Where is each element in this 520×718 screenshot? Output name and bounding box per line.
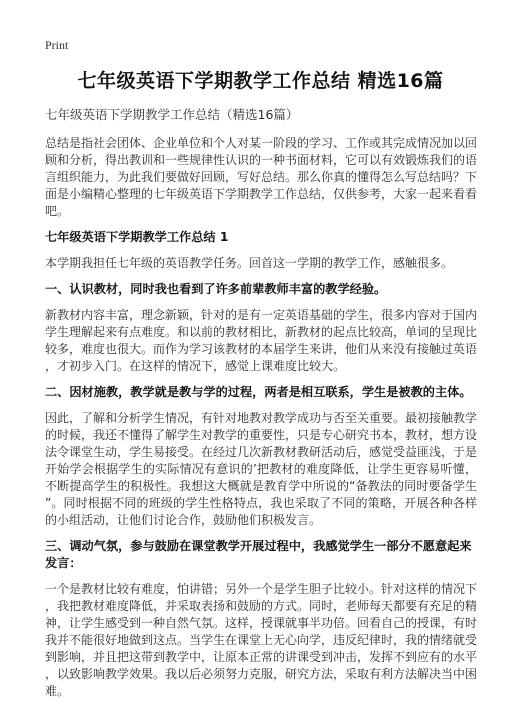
document-body: 总结是指社会团体、企业单位和个人对某一阶段的学习、工作或其完成情况加以回顾和分析… — [45, 135, 477, 700]
section-2-heading: 二、因材施教，教学就是教与学的过程，两者是相互联系，学生是被教的主体。 — [45, 384, 477, 401]
document-subtitle: 七年级英语下学期教学工作总结（精选16篇） — [45, 107, 476, 123]
print-link[interactable]: Print — [45, 38, 68, 52]
section-3-paragraph: 一个是教材比较有难度，怕讲错；另外一个是学生胆子比较小。针对这样的情况下，我把教… — [45, 581, 477, 700]
article-1-opening-paragraph: 本学期我担任七年级的英语教学任务。回首这一学期的教学工作，感触很多。 — [45, 255, 477, 272]
section-1-heading: 一、认识教材，同时我也看到了许多前辈教师丰富的教学经验。 — [45, 281, 477, 298]
document-title: 七年级英语下学期教学工作总结 精选16篇 — [45, 68, 476, 94]
article-1-heading: 七年级英语下学期教学工作总结 1 — [45, 229, 477, 246]
intro-paragraph: 总结是指社会团体、企业单位和个人对某一阶段的学习、工作或其完成情况加以回顾和分析… — [45, 135, 477, 220]
section-1-paragraph: 新教材内容丰富，理念新颖，针对的是有一定英语基础的学生，很多内容对于国内学生理解… — [45, 307, 477, 375]
section-3-heading: 三、调动气氛，参与鼓励在课堂教学开展过程中，我感觉学生一部分不愿意起来发言： — [45, 538, 477, 572]
print-preview-page: Print 七年级英语下学期教学工作总结 精选16篇 七年级英语下学期教学工作总… — [0, 0, 520, 718]
section-2-paragraph: 因此，了解和分析学生情况，有针对地教对教学成功与否至关重要。最初接触教学的时候，… — [45, 410, 477, 529]
